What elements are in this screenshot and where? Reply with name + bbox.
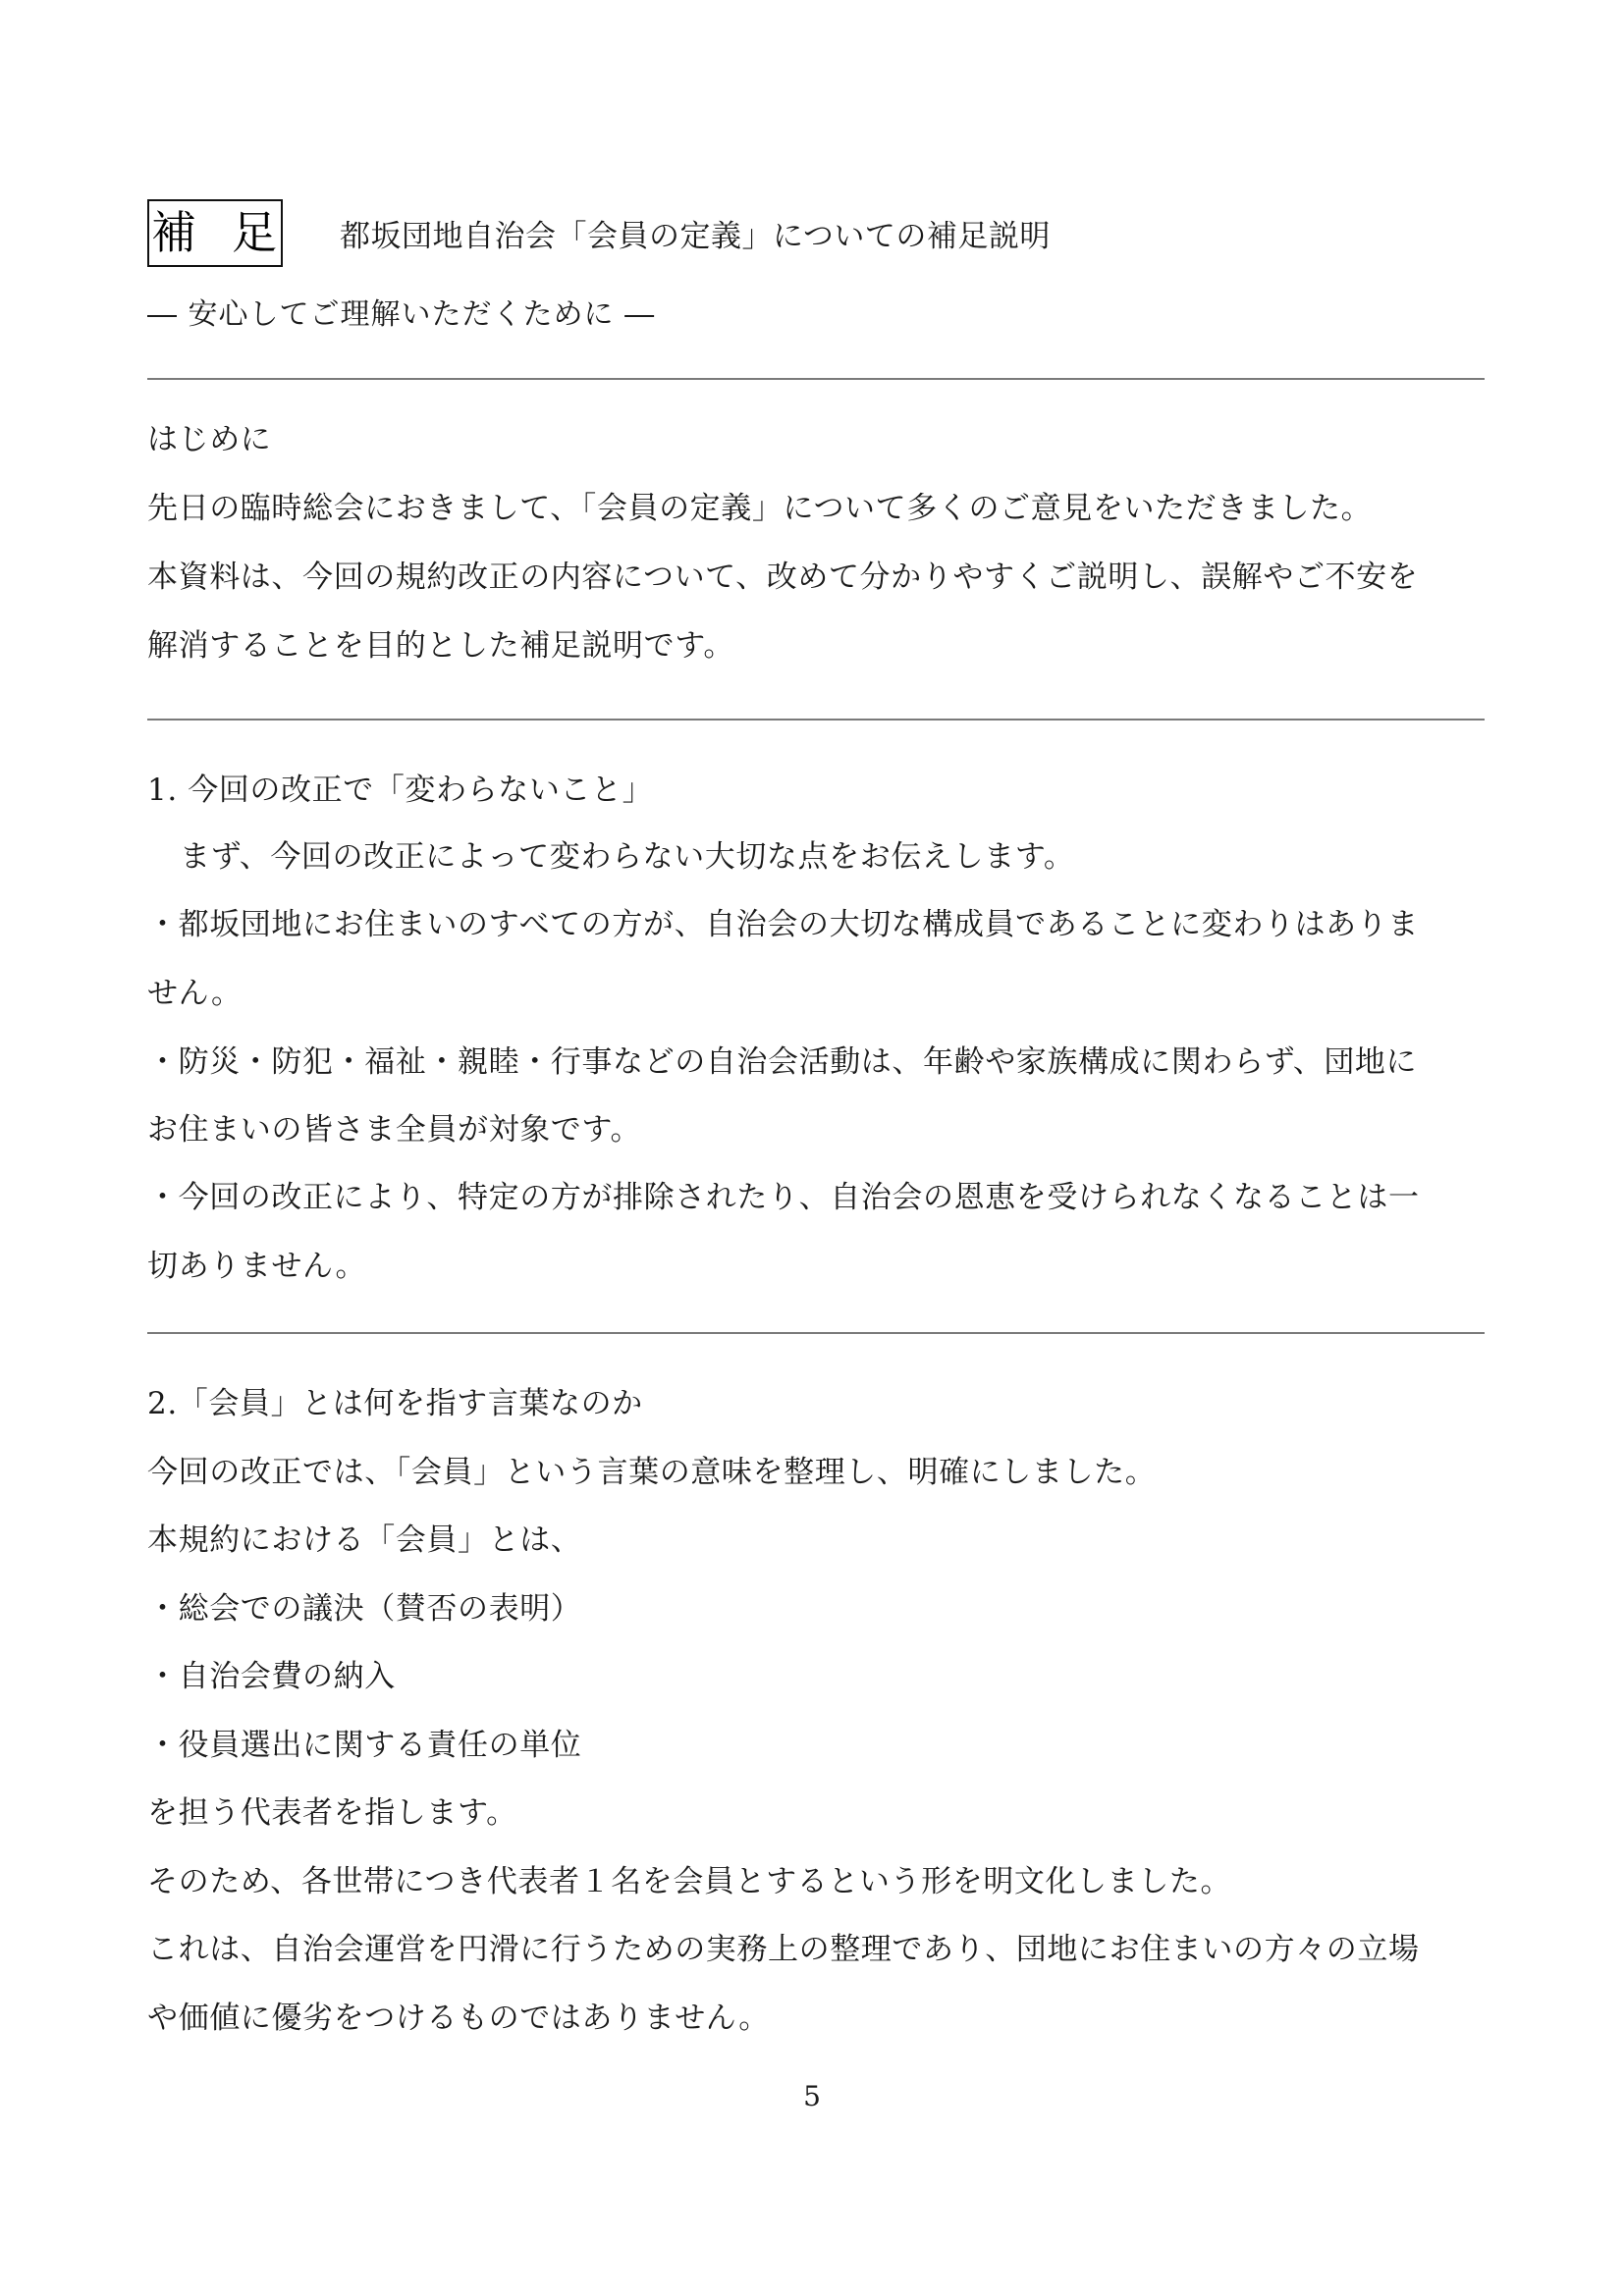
section-2-line: 今回の改正では、「会員」という言葉の意味を整理し、明確にしました。 (147, 1453, 1156, 1492)
title-row: 補 足 都坂団地自治会「会員の定義」についての補足説明 (147, 198, 1051, 267)
section-1-line: ・防災・防犯・福祉・親睦・行事などの自治会活動は、年齢や家族構成に関わらず、団地… (147, 1042, 1417, 1082)
intro-heading: はじめに (147, 420, 271, 459)
section-1-line: まず、今回の改正によって変わらない大切な点をお伝えします。 (180, 837, 1074, 877)
section-2-line: 本規約における「会員」とは、 (147, 1521, 581, 1560)
section-1-line: ・今回の改正により、特定の方が排除されたり、自治会の恩恵を受けられなくなることは… (147, 1178, 1420, 1217)
section-1-line: せん。 (147, 974, 243, 1013)
section-2-line: や価値に優劣をつけるものではありません。 (147, 1999, 770, 2038)
supplement-label-left: 補 (151, 210, 196, 255)
supplement-label-right: 足 (232, 210, 277, 255)
divider-section-1 (147, 719, 1485, 721)
section-2-line: これは、自治会運営を円滑に行うための実務上の整理であり、団地にお住まいの方々の立… (147, 1930, 1420, 1969)
section-2-list-item: ・自治会費の納入 (147, 1657, 396, 1696)
page-number: 5 (0, 2080, 1624, 2112)
section-1-line: お住まいの皆さま全員が対象です。 (147, 1110, 641, 1149)
document-title: 都坂団地自治会「会員の定義」についての補足説明 (340, 211, 1051, 255)
section-2-list-item: ・総会での議決（賛否の表明） (147, 1589, 581, 1629)
document-subtitle: ― 安心してご理解いただくために ― (147, 290, 655, 333)
intro-line: 解消することを目的とした補足説明です。 (147, 626, 734, 666)
section-2-line: を担う代表者を指します。 (147, 1793, 517, 1833)
intro-line: 先日の臨時総会におきまして、「会員の定義」について多くのご意見をいただきました。 (147, 489, 1372, 528)
supplement-label-box: 補 足 (147, 199, 283, 267)
intro-line: 本資料は、今回の規約改正の内容について、改めて分かりやすくご説明し、誤解やご不安… (147, 558, 1418, 597)
section-1-heading: 1. 今回の改正で「変わらないこと」 (147, 771, 653, 810)
divider-section-2 (147, 1332, 1485, 1334)
section-2-heading: 2.「会員」とは何を指す言葉なのか (147, 1384, 643, 1423)
section-2-list-item: ・役員選出に関する責任の単位 (147, 1726, 581, 1765)
divider-top (147, 378, 1485, 380)
section-1-line: 切ありません。 (147, 1247, 366, 1286)
document-page: 補 足 都坂団地自治会「会員の定義」についての補足説明 ― 安心してご理解いただ… (0, 0, 1624, 2296)
section-1-line: ・都坂団地にお住まいのすべての方が、自治会の大切な構成員であることに変わりはあり… (147, 905, 1419, 944)
section-2-line: そのため、各世帯につき代表者１名を会員とするという形を明文化しました。 (147, 1862, 1231, 1901)
